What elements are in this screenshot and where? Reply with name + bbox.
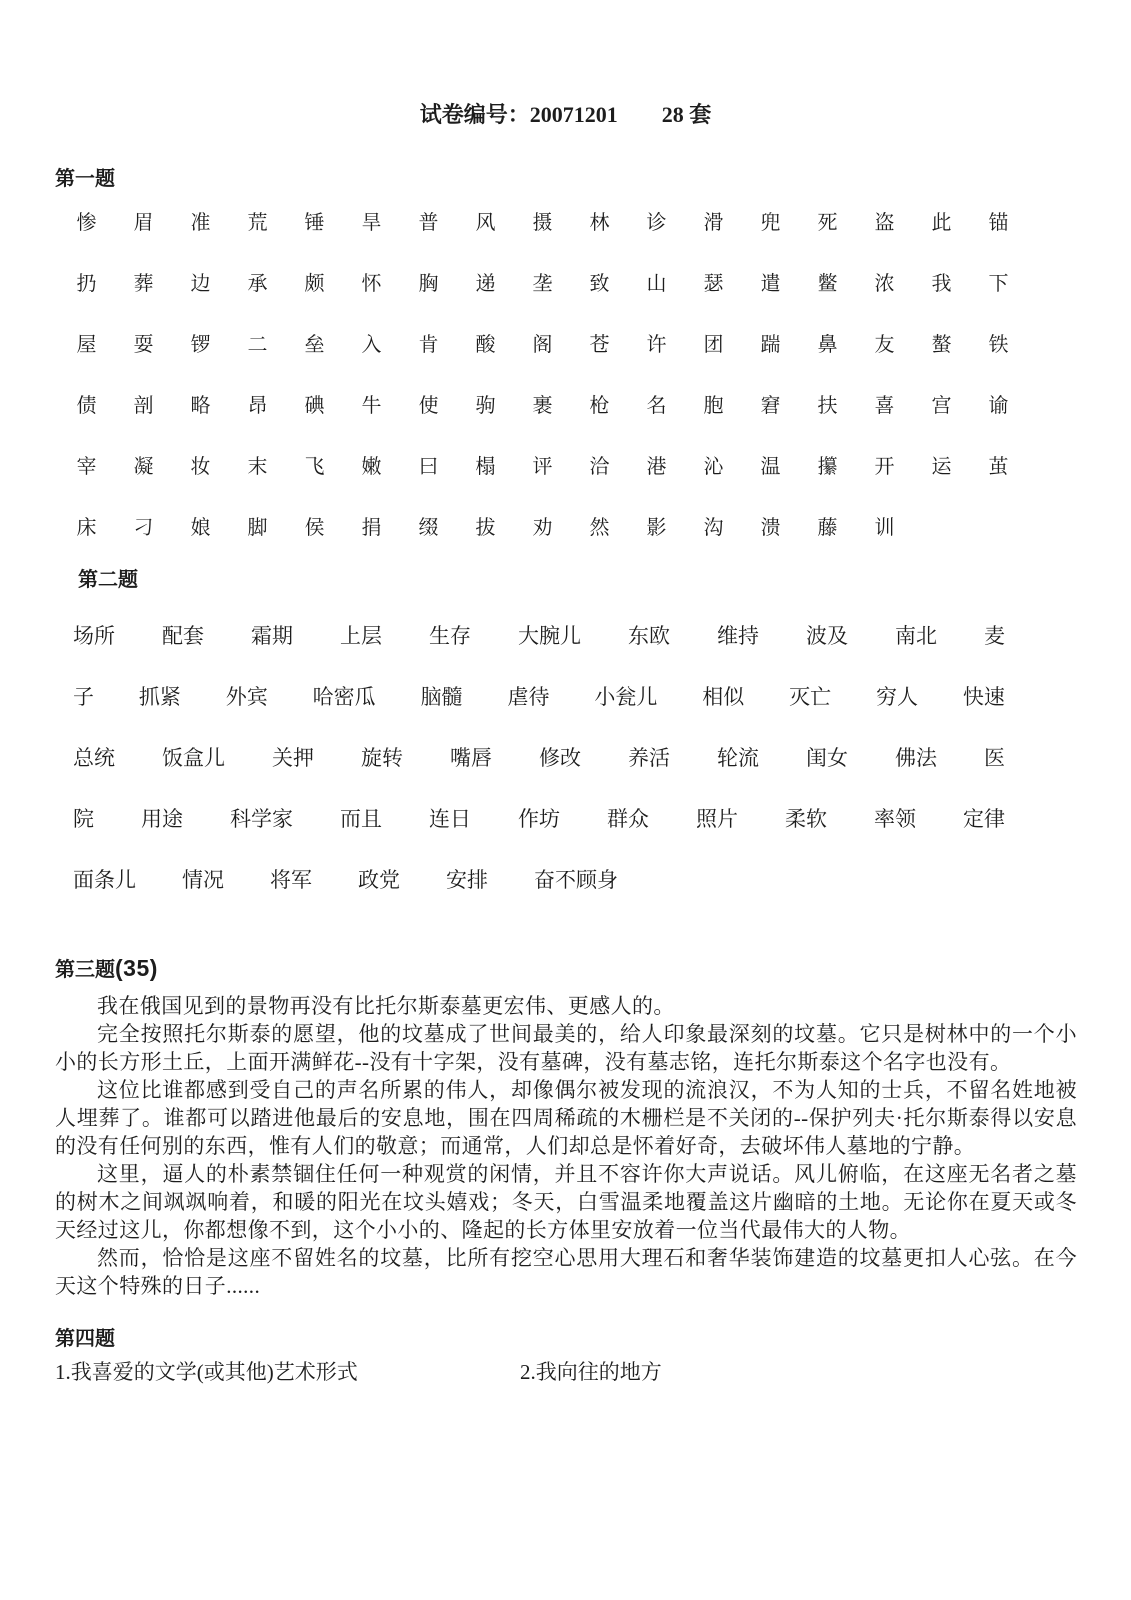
- char-cell: 洽: [571, 437, 628, 498]
- char-cell: 昂: [229, 376, 286, 437]
- passage-paragraph: 这里，逼人的朴素禁锢住任何一种观赏的闲情，并且不容许你大声说话。风儿俯临，在这座…: [55, 1160, 1077, 1244]
- word-item: 情况: [182, 850, 224, 911]
- word-list: 场所配套霜期上层生存大腕儿东欧维持波及南北麦子抓紧外宾哈密瓜脑髓虐待小瓮儿相似灭…: [0, 606, 1131, 911]
- char-cell: 边: [172, 254, 229, 315]
- word-item: 闺女: [806, 728, 848, 789]
- section-1-heading: 第一题: [55, 166, 1131, 193]
- char-cell: 沁: [685, 437, 742, 498]
- word-item: 生存: [429, 606, 471, 667]
- char-cell: 摄: [514, 193, 571, 254]
- char-cell: 屋: [58, 315, 115, 376]
- char-cell: 眉: [115, 193, 172, 254]
- char-cell: 名: [628, 376, 685, 437]
- char-cell: 承: [229, 254, 286, 315]
- char-cell: 风: [457, 193, 514, 254]
- word-item: 连日: [429, 789, 471, 850]
- char-row: 床刁娘脚侯捐缀拔劝然影沟溃藤训: [58, 498, 1131, 559]
- char-cell: 窘: [742, 376, 799, 437]
- char-cell: 我: [913, 254, 970, 315]
- char-cell: 牛: [343, 376, 400, 437]
- word-item: 修改: [539, 728, 581, 789]
- word-item: 而且: [340, 789, 382, 850]
- char-row: 扔葬边承颇怀胸递垄致山瑟遣鳖浓我下: [58, 254, 1131, 315]
- char-cell: 宰: [58, 437, 115, 498]
- word-item: 养活: [628, 728, 670, 789]
- char-cell: 港: [628, 437, 685, 498]
- char-cell: 准: [172, 193, 229, 254]
- exam-number-title: 试卷编号：20071201 28 套: [0, 0, 1131, 130]
- section-3-heading-text: 第三题: [55, 959, 115, 981]
- word-item: 政党: [358, 850, 400, 911]
- char-cell: 此: [913, 193, 970, 254]
- passage-paragraph: 然而，恰恰是这座不留姓名的坟墓，比所有挖空心思用大理石和奢华装饰建造的坟墓更扣人…: [55, 1244, 1077, 1300]
- char-cell: 宫: [913, 376, 970, 437]
- word-item: 东欧: [628, 606, 670, 667]
- word-item: 抓紧: [139, 667, 181, 728]
- word-item: 柔软: [785, 789, 827, 850]
- passage: 我在俄国见到的景物再没有比托尔斯泰墓更宏伟、更感人的。完全按照托尔斯泰的愿望，他…: [55, 992, 1077, 1300]
- char-cell: 遣: [742, 254, 799, 315]
- section-2-heading: 第二题: [78, 567, 1131, 594]
- word-item: 轮流: [717, 728, 759, 789]
- char-cell: 刁: [115, 498, 172, 559]
- word-item: 群众: [607, 789, 649, 850]
- word-row: 院用途科学家而且连日作坊群众照片柔软率领定律: [73, 789, 1005, 850]
- char-cell: 脚: [229, 498, 286, 559]
- word-row: 总统饭盒儿关押旋转嘴唇修改养活轮流闺女佛法医: [73, 728, 1005, 789]
- word-row: 子抓紧外宾哈密瓜脑髓虐待小瓮儿相似灭亡穷人快速: [73, 667, 1005, 728]
- char-cell: 茧: [970, 437, 1027, 498]
- char-cell: 攥: [799, 437, 856, 498]
- char-cell: 林: [571, 193, 628, 254]
- char-row: 惨眉准荒锤旱普风摄林诊滑兜死盗此锚: [58, 193, 1131, 254]
- char-cell: 碘: [286, 376, 343, 437]
- char-cell: 酸: [457, 315, 514, 376]
- char-cell: 影: [628, 498, 685, 559]
- char-cell: 山: [628, 254, 685, 315]
- char-cell: 盗: [856, 193, 913, 254]
- word-item: 大腕儿: [518, 606, 581, 667]
- char-cell: 兜: [742, 193, 799, 254]
- char-cell: 飞: [286, 437, 343, 498]
- word-item: 定律: [963, 789, 1005, 850]
- char-cell: 末: [229, 437, 286, 498]
- char-cell: 二: [229, 315, 286, 376]
- char-cell: 诊: [628, 193, 685, 254]
- word-item: 总统: [73, 728, 115, 789]
- char-cell: 鼻: [799, 315, 856, 376]
- char-cell: 妆: [172, 437, 229, 498]
- char-cell: 锤: [286, 193, 343, 254]
- char-cell: 荒: [229, 193, 286, 254]
- word-item: 虐待: [507, 667, 549, 728]
- word-item: 子: [73, 667, 94, 728]
- word-item: 配套: [162, 606, 204, 667]
- word-item: 嘴唇: [450, 728, 492, 789]
- char-cell: 普: [400, 193, 457, 254]
- char-cell: 沟: [685, 498, 742, 559]
- char-cell: 拔: [457, 498, 514, 559]
- passage-paragraph: 完全按照托尔斯泰的愿望，他的坟墓成了世间最美的，给人印象最深刻的坟墓。它只是树林…: [55, 1020, 1077, 1076]
- word-item: 小瓮儿: [594, 667, 657, 728]
- char-cell: 嫩: [343, 437, 400, 498]
- char-cell: 死: [799, 193, 856, 254]
- char-cell: 肯: [400, 315, 457, 376]
- section-4-heading: 第四题: [55, 1326, 1131, 1353]
- char-cell: 扶: [799, 376, 856, 437]
- word-item: 麦: [984, 606, 1005, 667]
- char-cell: 债: [58, 376, 115, 437]
- word-item: 穷人: [876, 667, 918, 728]
- char-cell: 溃: [742, 498, 799, 559]
- char-cell: 螯: [913, 315, 970, 376]
- char-cell: 瑟: [685, 254, 742, 315]
- char-cell: 鳖: [799, 254, 856, 315]
- char-cell: 旱: [343, 193, 400, 254]
- char-cell: 然: [571, 498, 628, 559]
- word-row: 场所配套霜期上层生存大腕儿东欧维持波及南北麦: [73, 606, 1005, 667]
- char-cell: 藤: [799, 498, 856, 559]
- char-cell: 垒: [286, 315, 343, 376]
- word-item: 佛法: [895, 728, 937, 789]
- char-cell: 劝: [514, 498, 571, 559]
- word-item: 脑髓: [421, 667, 463, 728]
- word-item: 照片: [696, 789, 738, 850]
- char-cell: 略: [172, 376, 229, 437]
- passage-paragraph: 我在俄国见到的景物再没有比托尔斯泰墓更宏伟、更感人的。: [55, 992, 1077, 1020]
- exam-paper-page: 试卷编号：20071201 28 套 第一题 惨眉准荒锤旱普风摄林诊滑兜死盗此锚…: [0, 0, 1131, 1600]
- section-3-heading: 第三题(35): [55, 955, 1131, 984]
- char-cell: 谕: [970, 376, 1027, 437]
- word-row: 面条儿情况将军政党安排奋不顾身: [73, 850, 1131, 911]
- section-3-score: (35): [115, 955, 158, 981]
- char-cell: 怀: [343, 254, 400, 315]
- char-cell: 递: [457, 254, 514, 315]
- char-cell: 胸: [400, 254, 457, 315]
- word-item: 将军: [270, 850, 312, 911]
- char-row: 屋耍锣二垒入肯酸阁苍许团踹鼻友螯铁: [58, 315, 1131, 376]
- char-cell: 苍: [571, 315, 628, 376]
- char-cell: 踹: [742, 315, 799, 376]
- char-cell: 捐: [343, 498, 400, 559]
- char-cell: 颇: [286, 254, 343, 315]
- char-cell: 下: [970, 254, 1027, 315]
- char-cell: 惨: [58, 193, 115, 254]
- word-item: 医: [984, 728, 1005, 789]
- char-cell: 葬: [115, 254, 172, 315]
- word-item: 波及: [806, 606, 848, 667]
- char-cell: 凝: [115, 437, 172, 498]
- char-cell: 侯: [286, 498, 343, 559]
- word-item: 相似: [702, 667, 744, 728]
- char-cell: 浓: [856, 254, 913, 315]
- char-cell: 训: [856, 498, 913, 559]
- char-cell: 枪: [571, 376, 628, 437]
- char-cell: 致: [571, 254, 628, 315]
- char-cell: 驹: [457, 376, 514, 437]
- char-cell: 锚: [970, 193, 1027, 254]
- char-cell: 扔: [58, 254, 115, 315]
- char-cell: 阁: [514, 315, 571, 376]
- word-item: 霜期: [251, 606, 293, 667]
- word-item: 南北: [895, 606, 937, 667]
- word-item: 外宾: [226, 667, 268, 728]
- word-item: 维持: [717, 606, 759, 667]
- word-item: 科学家: [230, 789, 293, 850]
- char-cell: 铁: [970, 315, 1027, 376]
- char-cell: 娘: [172, 498, 229, 559]
- essay-topics: 1.我喜爱的文学(或其他)艺术形式 2.我向往的地方: [55, 1358, 1131, 1386]
- char-cell: 缀: [400, 498, 457, 559]
- word-item: 安排: [446, 850, 488, 911]
- char-cell: 团: [685, 315, 742, 376]
- char-cell: 喜: [856, 376, 913, 437]
- word-item: 上层: [340, 606, 382, 667]
- char-cell: 滑: [685, 193, 742, 254]
- char-cell: 友: [856, 315, 913, 376]
- word-item: 旋转: [361, 728, 403, 789]
- char-cell: 曰: [400, 437, 457, 498]
- char-cell: 运: [913, 437, 970, 498]
- char-row: 债剖略昂碘牛使驹裹枪名胞窘扶喜宫谕: [58, 376, 1131, 437]
- char-cell: 裹: [514, 376, 571, 437]
- word-item: 面条儿: [73, 850, 136, 911]
- word-item: 作坊: [518, 789, 560, 850]
- word-item: 快速: [963, 667, 1005, 728]
- char-cell: 耍: [115, 315, 172, 376]
- word-item: 场所: [73, 606, 115, 667]
- char-cell: 胞: [685, 376, 742, 437]
- char-cell: 使: [400, 376, 457, 437]
- word-item: 院: [73, 789, 94, 850]
- word-item: 灭亡: [789, 667, 831, 728]
- char-cell: 垄: [514, 254, 571, 315]
- word-item: 哈密瓜: [313, 667, 376, 728]
- passage-paragraph: 这位比谁都感到受自己的声名所累的伟人，却像偶尔被发现的流浪汉，不为人知的士兵，不…: [55, 1076, 1077, 1160]
- word-item: 关押: [272, 728, 314, 789]
- char-row: 宰凝妆末飞嫩曰榻评洽港沁温攥开运茧: [58, 437, 1131, 498]
- char-cell: 锣: [172, 315, 229, 376]
- word-item: 率领: [874, 789, 916, 850]
- word-item: 用途: [141, 789, 183, 850]
- essay-topic-1: 1.我喜爱的文学(或其他)艺术形式: [55, 1358, 520, 1386]
- char-cell: 评: [514, 437, 571, 498]
- char-cell: 许: [628, 315, 685, 376]
- char-cell: 床: [58, 498, 115, 559]
- word-item: 奋不顾身: [534, 850, 618, 911]
- char-cell: 榻: [457, 437, 514, 498]
- essay-topic-2: 2.我向往的地方: [520, 1358, 662, 1386]
- char-cell: 入: [343, 315, 400, 376]
- char-cell: 开: [856, 437, 913, 498]
- word-item: 饭盒儿: [162, 728, 225, 789]
- character-grid: 惨眉准荒锤旱普风摄林诊滑兜死盗此锚扔葬边承颇怀胸递垄致山瑟遣鳖浓我下屋耍锣二垒入…: [0, 193, 1131, 559]
- char-cell: 剖: [115, 376, 172, 437]
- char-cell: 温: [742, 437, 799, 498]
